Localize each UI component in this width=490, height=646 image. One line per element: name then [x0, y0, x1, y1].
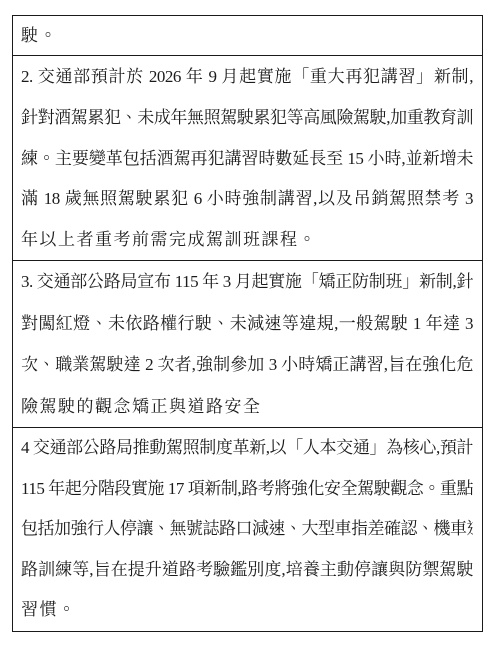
- content-table: 駛。 2. 交通部預計於 2026 年 9 月起實施「重大再犯講習」新制,針對酒…: [12, 15, 483, 632]
- text-line: 包括加強行人停讓、無號誌路口減速、大型車指差確認、機車道: [21, 509, 473, 550]
- text-line: 2. 交通部預計於 2026 年 9 月起實施「重大再犯講習」新制,: [21, 56, 473, 97]
- text-line: 次、職業駕駛達 2 次者,強制參加 3 小時矯正講習,旨在強化危: [21, 344, 473, 386]
- text-line: 對闖紅燈、未依路權行駛、未減速等違規,一般駕駛 1 年達 3: [21, 303, 473, 345]
- text-line: 練。主要變革包括酒駕再犯講習時數延長至 15 小時,並新增未: [21, 138, 473, 179]
- text-line: 險駕駛的觀念矯正與道路安全: [21, 386, 473, 428]
- text-line: 針對酒駕累犯、未成年無照駕駛累犯等高風險駕駛,加重教育訓: [21, 97, 473, 138]
- text-line: 路訓練等,旨在提升道路考驗鑑別度,培養主動停讓與防禦駕駛: [21, 550, 473, 591]
- text-line: 習慣。: [21, 590, 473, 631]
- table-row: 駛。: [13, 16, 482, 55]
- document-page: 駛。 2. 交通部預計於 2026 年 9 月起實施「重大再犯講習」新制,針對酒…: [0, 0, 490, 646]
- text-line: 115 年起分階段實施 17 項新制,路考將強化安全駕駛觀念。重點: [21, 469, 473, 510]
- table-row: 4 交通部公路局推動駕照制度革新,以「人本交通」為核心,預計115 年起分階段實…: [13, 427, 482, 631]
- text-line: 年以上者重考前需完成駕訓班課程。: [21, 219, 473, 260]
- text-line: 滿 18 歲無照駕駛累犯 6 小時強制講習,以及吊銷駕照禁考 3: [21, 178, 473, 219]
- text-line: 駛。: [21, 17, 473, 54]
- text-line: 4 交通部公路局推動駕照制度革新,以「人本交通」為核心,預計: [21, 428, 473, 469]
- table-row: 3. 交通部公路局宣布 115 年 3 月起實施「矯正防制班」新制,針對闖紅燈、…: [13, 260, 482, 427]
- table-row: 2. 交通部預計於 2026 年 9 月起實施「重大再犯講習」新制,針對酒駕累犯…: [13, 55, 482, 260]
- text-line: 3. 交通部公路局宣布 115 年 3 月起實施「矯正防制班」新制,針: [21, 261, 473, 303]
